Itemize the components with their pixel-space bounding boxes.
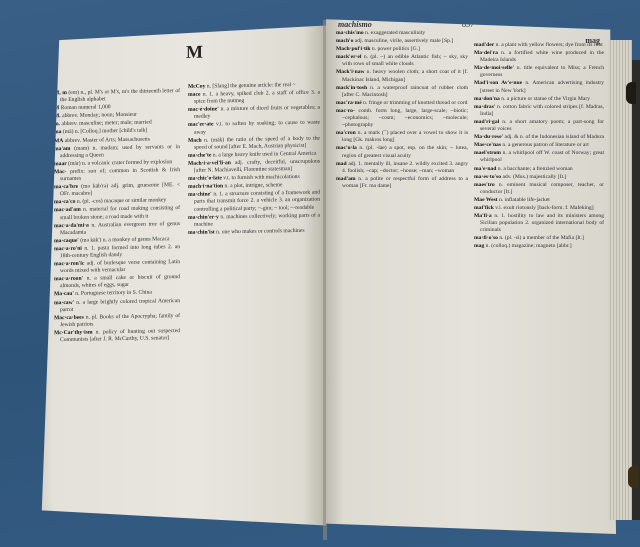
headword: ma·che'te xyxy=(188,152,211,158)
headword: Mad'i·son Av'e·nue xyxy=(474,80,522,86)
headword: ma·dras' xyxy=(474,104,495,110)
headword: mac·a·ro'ni xyxy=(54,246,82,252)
thumb-index-tab-m[interactable] xyxy=(628,466,638,488)
headword: ma·chis'mo xyxy=(336,30,364,36)
dictionary-entry: mac·a·ro'ni n. 1. pasta formed into long… xyxy=(54,244,180,260)
definition: n. (pl. -cos) macaque or similar monkey xyxy=(75,198,166,206)
definition: n. power politics [G.] xyxy=(371,46,420,52)
thumb-index-tab[interactable] xyxy=(626,82,636,104)
definition: v.t. to furnish with machicolations xyxy=(222,174,300,181)
headword: McCoy xyxy=(188,84,205,90)
headword: Mae West xyxy=(474,197,498,203)
headword: Ma·cau' xyxy=(54,291,74,297)
dictionary-entry: ma·caw' n. a large brightly colored trop… xyxy=(54,298,180,314)
headword: mac'er·ate xyxy=(188,122,213,128)
dictionary-entry: ma'cron n. a mark (¯) placed over a vowe… xyxy=(336,130,468,144)
dictionary-entry: mac·ro- comb. form long, large, large-sc… xyxy=(336,108,468,129)
right-column-2: mad'der n. a plant with yellow flowers; … xyxy=(474,42,604,252)
dictionary-entry: mad'ri·gal n. a short amatory poem; a pa… xyxy=(474,119,604,133)
headword: Mach xyxy=(188,137,202,143)
definition: prefix: son of; common in Scottish & Iri… xyxy=(60,167,180,182)
definition: n. fringe or trimming of knotted thread … xyxy=(362,100,468,106)
page-number: 857 xyxy=(462,20,474,29)
right-page: machismo 857 mag ma·chis'mo n. exaggerat… xyxy=(326,14,616,534)
dictionary-entry: mad'am n. a polite or respectful form of… xyxy=(336,176,468,190)
dictionary-entry: maf'fick v.i. exult riotously [back-form… xyxy=(474,205,604,212)
headword: ma·chic'o·late xyxy=(188,175,222,182)
headword: Mach·pol'i·tik xyxy=(336,46,371,52)
headword: ma·chin'ist xyxy=(188,229,215,235)
headword: M, m xyxy=(54,90,67,96)
dictionary-entry: mac·a·da'mi·a n. Australian evergreen tr… xyxy=(54,221,180,237)
dictionary-entry: ma·chis'mo n. exaggerated masculinity xyxy=(336,30,468,37)
dictionary-entry: Mc·Car'thy·ism n. policy of hunting out … xyxy=(54,328,180,344)
dictionary-entry: Ma·de·moi·selle' n. title equivalent to … xyxy=(474,65,604,79)
dictionary-entry: mac'u·la n. (pl. -lae) a spot, esp. on t… xyxy=(336,145,468,159)
left-page: M M, m (em) n., pl. M's or M's, m's the … xyxy=(36,25,326,530)
dictionary-entry: ma·chine' n. 1. a structure consisting o… xyxy=(188,190,320,214)
headword: mad'der xyxy=(474,42,494,48)
headword: mac'u·la xyxy=(336,145,357,151)
headword: Mack'i·naw xyxy=(336,69,365,75)
definition: n. 1. a heavy, spiked club 2. a staff of… xyxy=(194,90,320,105)
definition: n. (pl. -si) a member of the Mafia [It.] xyxy=(498,235,584,241)
headword: ma·fi·o'so xyxy=(474,235,498,241)
definition: n. a short amatory poem; a part-song for… xyxy=(480,119,604,132)
headword: maar xyxy=(54,161,67,167)
dictionary-entry: Ma·du·rese' adj. & n. of the Indonesian … xyxy=(474,134,604,141)
definition: v.i. exult riotously [back-form. f. Mafe… xyxy=(494,205,594,211)
headword: Mc·Car'thy·ism xyxy=(54,329,93,336)
dictionary-entry: ma·don'na n. a picture or statue of the … xyxy=(474,96,604,103)
headword: mack'er·el xyxy=(336,54,361,60)
headword: Mac- xyxy=(54,169,66,175)
definition: comb. form long, large, large-scale; ~bi… xyxy=(342,108,468,128)
headword: mach·i·na'tion xyxy=(188,183,223,190)
headword: mac·é·doine' xyxy=(188,107,219,114)
headword: mack'in·tosh xyxy=(336,85,367,91)
dictionary-entry: Mack'i·naw n. heavy woolen cloth; a shor… xyxy=(336,69,468,83)
dictionary-entry: Ma'fi·a n. 1. hostility to law and its m… xyxy=(474,213,604,234)
definition: n. a fortified white wine produced in th… xyxy=(480,50,604,63)
definition: abbrev. masculine; meter; male; married xyxy=(60,120,152,128)
headword: maf'fick xyxy=(474,205,494,211)
headword: Mac·ca·bees xyxy=(54,314,84,321)
dictionary-entry: mac·é·doine' n. a mixture of diced fruit… xyxy=(188,105,320,121)
guide-word-left: machismo xyxy=(338,20,372,29)
definition: n. Portuguese territory in S. China xyxy=(74,290,152,297)
dictionary-entry: M, m (em) n., pl. M's or M's, m's the th… xyxy=(54,88,180,104)
definition: (em) n., pl. M's or M's, m's the thirtee… xyxy=(60,88,180,103)
dictionary-entry: mac·a·roon' n. a small cake or biscuit o… xyxy=(54,274,180,290)
definition: n. a large brightly colored tropical Ame… xyxy=(60,298,180,313)
definition: n. (mäk) the ratio of the speed of a bod… xyxy=(194,135,320,150)
dictionary-entry: mael'strom n. a whirlpool off W. coast o… xyxy=(474,150,604,164)
dictionary-entry: mack'er·el n. (pl. ~) an edible Atlantic… xyxy=(336,54,468,68)
headword: mac·a·roon' xyxy=(54,276,83,283)
definition: abbrev. Master of Arts; Massachusetts xyxy=(63,136,150,144)
definition: (mär) n. a volcanic crater formed by exp… xyxy=(67,159,172,167)
definition: n. a polite or respectful form of addres… xyxy=(342,176,468,189)
left-column-1: M, m (em) n., pl. M's or M's, m's the th… xyxy=(54,88,180,345)
headword: ma'e·nad xyxy=(474,166,496,172)
dictionary-entry: mad adj. 1. mentally ill, insane 2. wild… xyxy=(336,161,468,175)
definition: n. inflatable life-jacket xyxy=(498,197,550,203)
definition: adj. masculine, virile, assertively male… xyxy=(353,38,453,44)
headword: ma'cron xyxy=(336,130,356,136)
definition: n. eminent musical composer, teacher, or… xyxy=(480,182,604,195)
definition: v.t. to soften by soaking; to cause to w… xyxy=(194,120,320,135)
dictionary-entry: Mac- prefix: son of; common in Scottish … xyxy=(54,167,180,183)
definition: n. [Slang] the genuine article: the real… xyxy=(205,82,295,90)
headword: maes'tro xyxy=(474,182,495,188)
dictionary-entry: mac'ra·mé n. fringe or trimming of knott… xyxy=(336,100,468,107)
dictionary-entry: Mach·pol'i·tik n. power politics [G.] xyxy=(336,46,468,53)
dictionary-entry: mac·ad'am n. material for road making co… xyxy=(54,205,180,221)
definition: abbrev. Monday; noun; Monsieur xyxy=(61,112,137,119)
headword: mad'am xyxy=(336,176,356,182)
dictionary-entry: ma·ca'bre (mə käb'rə) adj. grim, gruesom… xyxy=(54,182,180,198)
definition: (mam) n. madam; used by servants or in a… xyxy=(60,144,180,159)
headword: ma·chin'er·y xyxy=(188,214,219,221)
section-letter: M xyxy=(186,42,203,63)
definition: n. (pl. ~) an edible Atlantic fish; ~ sk… xyxy=(342,54,468,67)
headword: ma·caque' xyxy=(54,238,79,244)
left-column-2: McCoy n. [Slang] the genuine article: th… xyxy=(188,82,320,238)
dictionary-entry: Mad'i·son Av'e·nue n. American advertisi… xyxy=(474,80,604,94)
dictionary-entry: ma·chin'ist n. one who makes or controls… xyxy=(188,227,320,236)
headword: MA xyxy=(54,138,63,144)
headword: Ma·du·rese' xyxy=(474,134,503,140)
dictionary-entry: mack'in·tosh n. a waterproof raincoat of… xyxy=(336,85,468,99)
dictionary-entry: mad'der n. a plant with yellow flowers; … xyxy=(474,42,604,49)
definition: Roman numeral 1,000 xyxy=(59,104,110,111)
headword: mac·a·da'mi·a xyxy=(54,222,89,229)
definition: n. a mark (¯) placed over a vowel to sho… xyxy=(342,130,468,143)
definition: n. (colloq.) magazine; magneto [abbr.] xyxy=(484,243,571,249)
dictionary-entry: ma·chin'er·y n. machines collectively; w… xyxy=(188,212,320,228)
headword: mac·ro- xyxy=(336,108,355,114)
definition: n. a plot, intrigue, scheme xyxy=(223,182,282,189)
dictionary-entry: mag n. (colloq.) magazine; magneto [abbr… xyxy=(474,243,604,250)
dictionary-entry: ma·dras' n. cotton fabric with colored s… xyxy=(474,104,604,118)
dictionary-entry: Mac·ca·bees n. pl. Books of the Apocryph… xyxy=(54,313,180,329)
definition: (mə käb'rə) adj. grim, gruesome [ME. < O… xyxy=(60,182,180,197)
definition: n. exaggerated masculinity xyxy=(364,30,426,36)
headword: mad xyxy=(336,161,347,167)
definition: n. 1. a structure consisting of a framew… xyxy=(194,190,320,212)
dictionary-entry: mach'o adj. masculine, virile, assertive… xyxy=(336,38,468,45)
dictionary-entry: mac·a·ron'ic adj. of burlesque verse con… xyxy=(54,259,180,275)
headword: mad'ri·gal xyxy=(474,119,499,125)
headword: mag xyxy=(474,243,484,249)
headword: ma·don'na xyxy=(474,96,500,102)
dictionary-entry: maes'tro n. eminent musical composer, te… xyxy=(474,182,604,196)
headword: ma·ca'bre xyxy=(54,184,78,190)
headword: ma'am xyxy=(54,146,70,152)
headword: mach'o xyxy=(336,38,353,44)
dictionary-entry: Mae·ce'nas n. a generous patron of liter… xyxy=(474,142,604,149)
headword: ma·es·to'so xyxy=(474,174,501,180)
dictionary-entry: Mae West n. inflatable life-jacket xyxy=(474,197,604,204)
definition: adv. (Mus.) majestically [It.] xyxy=(501,174,566,180)
headword: mac·a·ron'ic xyxy=(54,261,84,268)
headword: mac·ad'am xyxy=(54,207,81,213)
definition: n. (pl. -lae) a spot, esp. on the skin; … xyxy=(342,145,468,158)
definition: n. a generous patron of literature or ar… xyxy=(501,142,589,148)
headword: M. xyxy=(54,113,61,119)
definition: n. a plant with yellow flowers; dye from… xyxy=(494,42,603,48)
page-edges xyxy=(608,40,632,520)
definition: n. cotton fabric with colored stripes [f… xyxy=(480,104,604,117)
dictionary-entry: ma'am (mam) n. madam; used by servants o… xyxy=(54,144,180,160)
headword: Ma·dei'ra xyxy=(474,50,498,56)
definition: n. a bacchante; a frenzied woman xyxy=(496,166,572,172)
headword: Ma·de·moi·selle' xyxy=(474,65,514,71)
dictionary-entry: mac'er·ate v.t. to soften by soaking; to… xyxy=(188,120,320,136)
headword: mac'ra·mé xyxy=(336,100,362,106)
open-dictionary: M M, m (em) n., pl. M's or M's, m's the … xyxy=(0,0,640,547)
definition: adj. & n. of the Indonesian island of Ma… xyxy=(503,134,604,140)
dictionary-entry: ma·es·to'so adv. (Mus.) majestically [It… xyxy=(474,174,604,181)
dictionary-entry: Mach n. (mäk) the ratio of the speed of … xyxy=(188,135,320,151)
headword: Mach·i·a·vel'li·an xyxy=(188,160,231,167)
definition: (mä) n. [Colloq.] mother [child's talk] xyxy=(61,128,147,135)
headword: Ma'fi·a xyxy=(474,213,492,219)
definition: n. a picture or statue of the Virgin Mar… xyxy=(500,96,590,102)
dictionary-entry: Mach·i·a·vel'li·an adj. crafty, deceitfu… xyxy=(188,159,320,175)
headword: mael'strom xyxy=(474,150,501,156)
definition: n. a large heavy knife used in Central A… xyxy=(211,150,316,158)
dictionary-entry: ma'e·nad n. a bacchante; a frenzied woma… xyxy=(474,166,604,173)
dictionary-entry: mace n. 1. a heavy, spiked club 2. a sta… xyxy=(188,90,320,106)
headword: mace xyxy=(188,92,200,98)
definition: adj. 1. mentally ill, insane 2. wildly e… xyxy=(342,161,468,174)
definition: n. 1. hostility to law and its ministers… xyxy=(480,213,604,233)
dictionary-entry: ma·fi·o'so n. (pl. -si) a member of the … xyxy=(474,235,604,242)
definition: (mə käk') n. a monkey of genus Macaca xyxy=(79,236,170,244)
headword: ma·ca'co xyxy=(54,199,75,205)
right-column-1: ma·chis'mo n. exaggerated masculinitymac… xyxy=(336,30,468,191)
definition: n. one who makes or controls machines xyxy=(215,228,305,236)
headword: Mae·ce'nas xyxy=(474,142,501,148)
dictionary-entry: Ma·dei'ra n. a fortified white wine prod… xyxy=(474,50,604,64)
headword: ma·chine' xyxy=(188,192,212,198)
headword: ma·caw' xyxy=(54,299,74,305)
